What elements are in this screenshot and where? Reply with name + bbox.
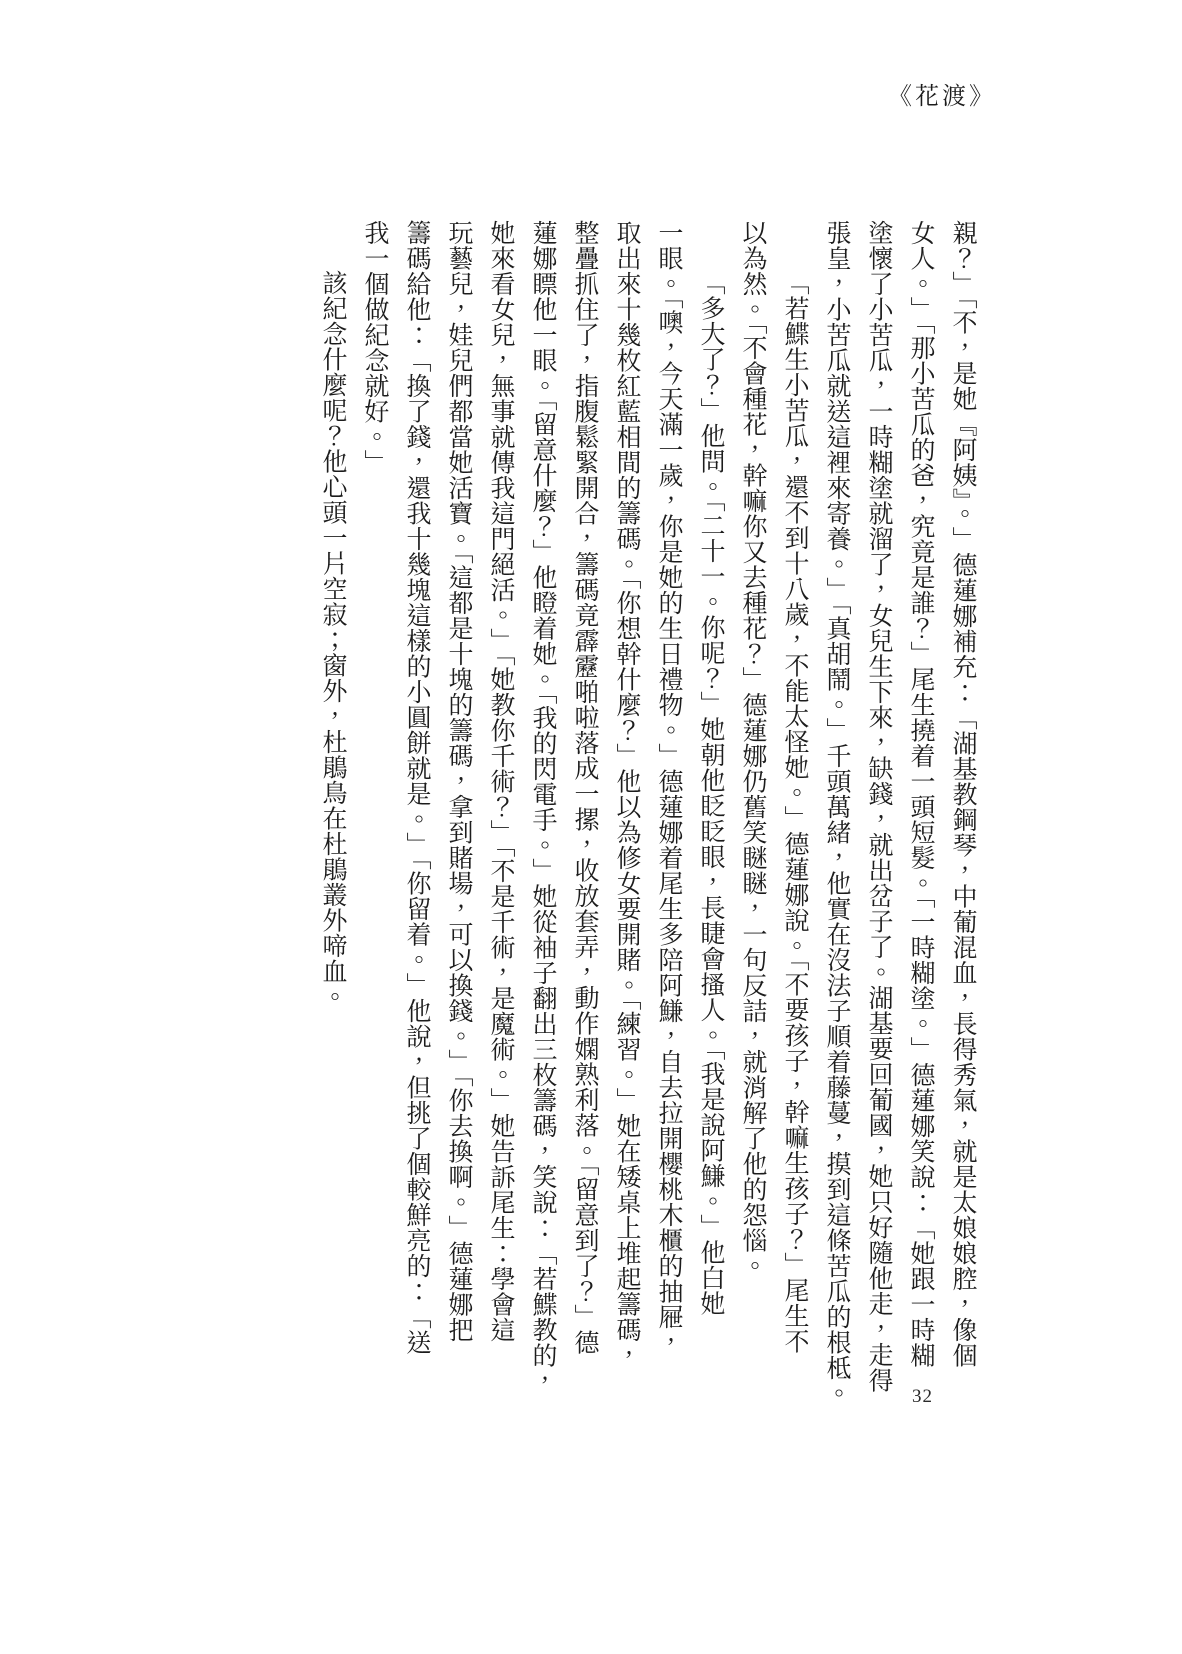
text-column: 張皇，小苦瓜就送這裡來寄養。」「真胡鬧。」千頭萬緒，他實在沒法子順着藤蔓，摸到這… — [815, 220, 857, 1395]
paragraph: 「若鰈生小苦瓜，還不到十八歲，不能太怪她。」德蓮娜說。「不要孩子，幹嘛生孩子？」… — [731, 220, 815, 1395]
text-column: 「多大了？」他問。「二十一。你呢？」她朝他眨眨眼，長睫會搔人。「我是說阿鰜。」他… — [689, 220, 731, 1395]
text-column: 女人。」「那小苦瓜的爸，究竟是誰？」尾生撓着一頭短髮。「一時糊塗。」德蓮娜笑說：… — [899, 220, 941, 1395]
text-column: 蓮娜瞟他一眼。「留意什麼？」他瞪着她。「我的閃電手。」她從袖子翻出三枚籌碼，笑說… — [521, 220, 563, 1395]
book-page: 《花渡》 親？」「不，是她『阿姨』。」德蓮娜補充：「湖基教鋼琴，中葡混血，長得秀… — [0, 0, 1182, 1654]
text-column: 親？」「不，是她『阿姨』。」德蓮娜補充：「湖基教鋼琴，中葡混血，長得秀氣，就是太… — [941, 220, 983, 1395]
text-column: 以為然。「不會種花，幹嘛你又去種花？」德蓮娜仍舊笑瞇瞇，一句反詰，就消解了他的怨… — [731, 220, 773, 1395]
text-block: 親？」「不，是她『阿姨』。」德蓮娜補充：「湖基教鋼琴，中葡混血，長得秀氣，就是太… — [311, 220, 983, 1395]
text-column: 她來看女兒，無事就傳我這門絕活。」「她教你千術？」「不是千術，是魔術。」她告訴尾… — [479, 220, 521, 1395]
page-number: 32 — [912, 1386, 933, 1408]
text-column: 該紀念什麼呢？他心頭一片空寂；窗外，杜鵑鳥在杜鵑叢外啼血。 — [311, 220, 353, 1395]
text-column: 玩藝兒，娃兒們都當她活寶。「這都是十塊的籌碼，拿到賭場，可以換錢。」「你去換啊。… — [437, 220, 479, 1395]
text-column: 取出來十幾枚紅藍相間的籌碼。「你想幹什麼？」他以為修女要開賭。「練習。」她在矮桌… — [605, 220, 647, 1395]
text-column: 塗懷了小苦瓜，一時糊塗就溜了，女兒生下來，缺錢，就出岔子了。湖基要回葡國，她只好… — [857, 220, 899, 1395]
paragraph: 「多大了？」他問。「二十一。你呢？」她朝他眨眨眼，長睫會搔人。「我是說阿鰜。」他… — [353, 220, 731, 1395]
text-column: 籌碼給他：「換了錢，還我十幾塊這樣的小圓餅就是。」「你留着。」他說，但挑了個較鮮… — [395, 220, 437, 1395]
page-header-title: 《花渡》 — [888, 76, 996, 111]
text-column: 一眼。「噢，今天滿一歲，你是她的生日禮物。」德蓮娜着尾生多陪阿鰜，自去拉開櫻桃木… — [647, 220, 689, 1395]
text-column: 我一個做紀念就好。」 — [353, 220, 395, 1395]
paragraph: 親？」「不，是她『阿姨』。」德蓮娜補充：「湖基教鋼琴，中葡混血，長得秀氣，就是太… — [815, 220, 983, 1395]
text-column: 整疊抓住了，指腹鬆緊開合，籌碼竟霹靂啪啦落成一摞，收放套弄，動作嫻熟利落。「留意… — [563, 220, 605, 1395]
text-column: 「若鰈生小苦瓜，還不到十八歲，不能太怪她。」德蓮娜說。「不要孩子，幹嘛生孩子？」… — [773, 220, 815, 1395]
paragraph: 該紀念什麼呢？他心頭一片空寂；窗外，杜鵑鳥在杜鵑叢外啼血。 — [311, 220, 353, 1395]
